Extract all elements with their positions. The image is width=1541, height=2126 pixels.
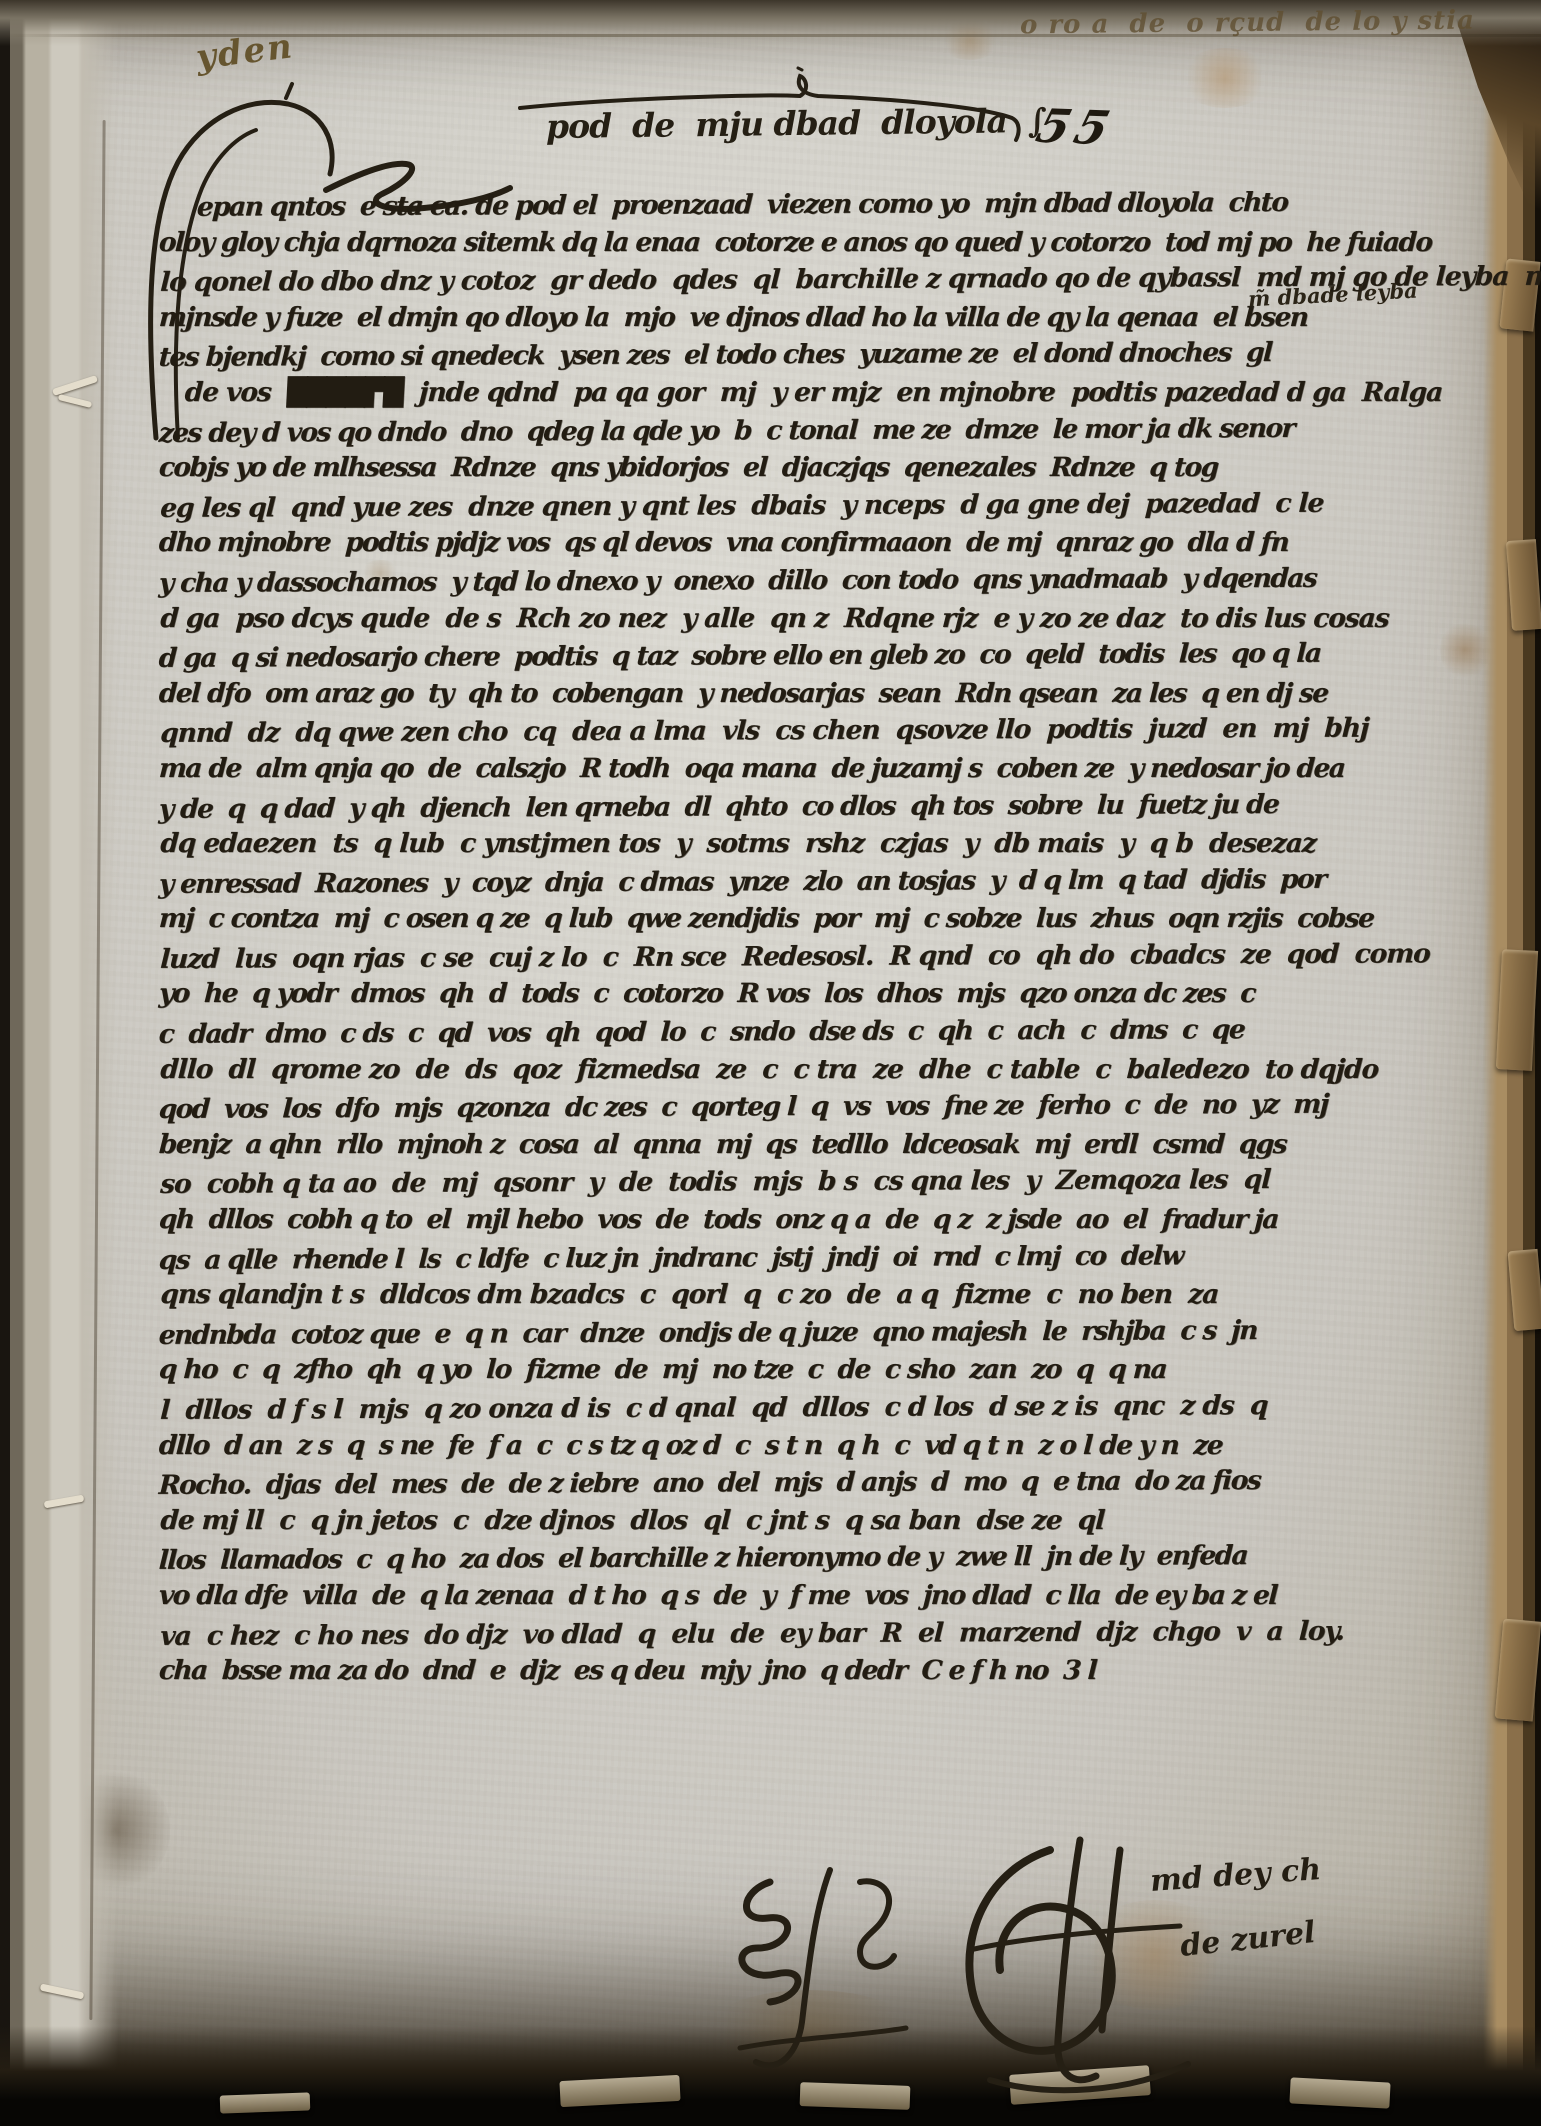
- manuscript-scan: o ro a de o rçud de lo y stia yden 55 po…: [0, 0, 1541, 2126]
- manuscript-line: Rocho. djas del mes de de z iebre ano de…: [135, 1461, 1495, 1505]
- manuscript-line: d ga pso dcys qude de s Rch zo nez y all…: [135, 600, 1495, 638]
- manuscript-line: de mj ll c q jn jetos c dze djnos dlos q…: [135, 1502, 1495, 1540]
- manuscript-line: qod vos los dfo mjs qzonza dc zes c qort…: [135, 1085, 1495, 1129]
- manuscript-line: cha bsse ma za do dnd e djz es q deu mjy…: [135, 1652, 1495, 1690]
- manuscript-line: y enressad Razones y coyz dnja c dmas yn…: [135, 860, 1495, 904]
- document-title: pod de mju dbad dloyola ∫: [546, 101, 1046, 146]
- manuscript-body-text: epan qntos e sta ca. de pod el proenzaad…: [136, 186, 1494, 1690]
- manuscript-line: q ho c q zfho qh q yo lo fizme de mj no …: [135, 1351, 1495, 1389]
- manuscript-line: mj c contza mj c osen q ze q lub qwe zen…: [135, 900, 1495, 938]
- manuscript-line: c dadr dmo c ds c qd vos qh qod lo c snd…: [135, 1010, 1495, 1054]
- manuscript-line: qs a qlle rhende l ls c ldfe c luz jn jn…: [135, 1236, 1495, 1280]
- manuscript-line: dllo dl qrome zo de ds qoz fizmedsa ze c…: [135, 1051, 1495, 1089]
- manuscript-line: ma de alm qnja qo de calszjo R todh oqa …: [135, 750, 1495, 788]
- manuscript-line: zes dey d vos qo dndo dno qdeg la qde yo…: [135, 409, 1495, 453]
- bottom-page-fragment: [220, 2092, 311, 2113]
- manuscript-line: qnnd dz dq qwe zen cho cq dea a lma vls …: [135, 709, 1495, 753]
- signature-rubric-left-icon: [710, 1852, 930, 2102]
- manuscript-line: yo he q yodr dmos qh d tods c cotorzo R …: [135, 975, 1495, 1013]
- manuscript-line: llos llamados c q ho za dos el barchille…: [135, 1536, 1495, 1580]
- manuscript-line: d ga q si nedosarjo chere podtis q taz s…: [135, 634, 1495, 678]
- manuscript-line: eg les ql qnd yue zes dnze qnen y qnt le…: [135, 484, 1495, 528]
- manuscript-line: dho mjnobre podtis pjdjz vos qs ql devos…: [135, 524, 1495, 562]
- manuscript-line: luzd lus oqn rjas c se cuj z lo c Rn sce…: [135, 935, 1495, 979]
- manuscript-line: y cha y dassochamos y tqd lo dnexo y one…: [135, 559, 1495, 603]
- manuscript-line: cobjs yo de mlhsessa Rdnze qns ybidorjos…: [135, 449, 1495, 487]
- manuscript-line: benjz a qhn rllo mjnoh z cosa al qnna mj…: [135, 1126, 1495, 1164]
- page-edge-chip: [1496, 949, 1538, 1071]
- manuscript-line: oloy gloy chja dqrnoza sitemk dq la enaa…: [135, 224, 1495, 262]
- manuscript-line: l dllos d f s l mjs q zo onza d is c d q…: [135, 1386, 1495, 1430]
- manuscript-line: endnbda cotoz que e q n car dnze ondjs d…: [135, 1311, 1495, 1355]
- facing-page-bleed-text: o ro a de o rçud de lo y stia: [1020, 6, 1475, 41]
- page-edge-chip: [1508, 1249, 1541, 1331]
- page-edge-chip: [1506, 539, 1541, 631]
- manuscript-line: vo dla dfe villa de q la zenaa d t ho q …: [135, 1577, 1495, 1615]
- manuscript-line: qns qlandjn t s dldcos dm bzadcs c qorl …: [135, 1276, 1495, 1314]
- manuscript-line: mjnsde y fuze el dmjn qo dloyo la mjo ve…: [135, 299, 1495, 337]
- manuscript-line: epan qntos e sta ca. de pod el proenzaad…: [135, 183, 1495, 227]
- manuscript-line: dq edaezen ts q lub c ynstjmen tos y sot…: [135, 825, 1495, 863]
- manuscript-line: del dfo om araz go ty qh to cobengan y n…: [135, 675, 1495, 713]
- manuscript-line: tes bjendkj como si qnedeck ysen zes el …: [135, 333, 1495, 377]
- manuscript-line: qh dllos cobh q to el mjl hebo vos de to…: [135, 1201, 1495, 1239]
- manuscript-line: so cobh q ta ao de mj qsonr y de todis m…: [135, 1160, 1495, 1204]
- manuscript-line: dllo d an z s q s ne fe f a c c s tz q o…: [135, 1427, 1495, 1465]
- manuscript-line: de vos ████▛█ jnde qdnd pa qa gor mj y e…: [135, 374, 1495, 412]
- manuscript-line: va c hez c ho nes do djz vo dlad q elu d…: [135, 1612, 1495, 1656]
- manuscript-line: y de q q dad y qh djench len qrneba dl q…: [135, 785, 1495, 829]
- bottom-page-fragment: [1289, 2077, 1390, 2108]
- manuscript-line: lo qonel do dbo dnz y cotoz gr dedo qdes…: [135, 258, 1495, 302]
